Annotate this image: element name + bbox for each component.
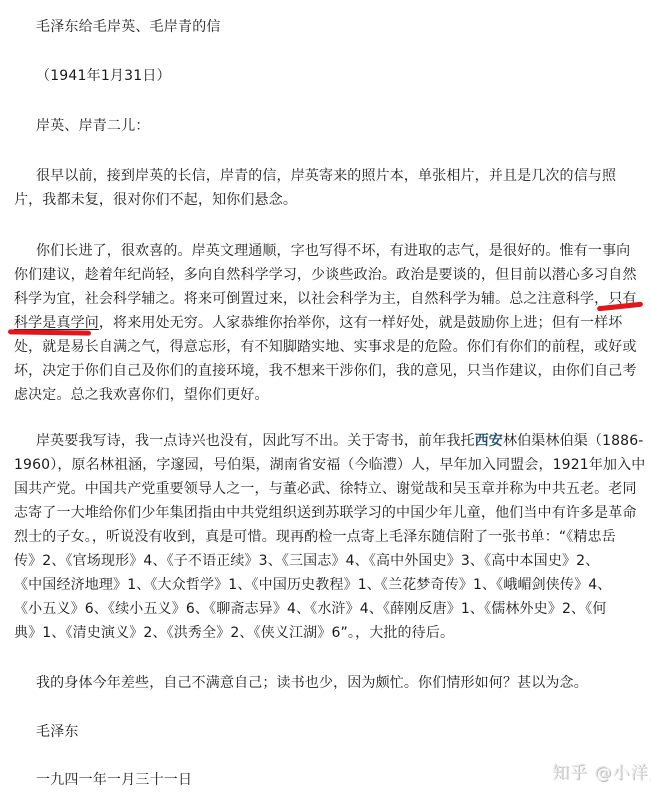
paragraph-line-text: ，将来用处无穷。人家恭维你抬举你，这有一样好处，就是鼓励你上进；但有一样坏 — [99, 315, 623, 331]
paragraph-line: 传》2、《官场现形》4、《子不语正续》3、《三国志》4、《高中外国史》3、《高中… — [14, 551, 644, 571]
paragraph-line: 科学为宜，社会科学辅之。将来可倒置过来，以社会科学为主，自然科学为辅。总之注意科… — [14, 289, 644, 309]
highlighted-keyword-link[interactable]: 西安 — [475, 433, 503, 449]
paragraph-line: 《小五义》6、《续小五义》6、《聊斋志异》4、《水浒》4、《薛刚反唐》1、《儒林… — [14, 599, 644, 619]
paragraph-line: 虑决定。总之我欢喜你们，望你们更好。 — [14, 385, 644, 405]
document-date: （1941年1月31日） — [36, 66, 171, 86]
paragraph-line: 很早以前，接到岸英的长信，岸青的信，岸英寄来的照片本，单张相片，并且是几次的信与… — [36, 166, 644, 186]
paragraph-line: 坏，决定于你们自己及你们的直接环境，我不想来干涉你们，我的意见，只当作建议，由你… — [14, 361, 644, 381]
signature: 毛泽东 — [36, 722, 79, 742]
underlined-phrase-end: 科学是真学问 — [14, 315, 99, 331]
paragraph-line: 科学是真学问，将来用处无穷。人家恭维你抬举你，这有一样好处，就是鼓励你上进；但有… — [14, 313, 644, 333]
paragraph-line-text: 岸英要我写诗，我一点诗兴也没有，因此写不出。关于寄书，前年我托 — [36, 433, 475, 449]
closing-date: 一九四一年一月三十一日 — [36, 770, 192, 790]
paragraph-line: 典》1、《清史演义》2、《洪秀全》2、《侠义江湖》6”。，大批的待后。 — [14, 623, 644, 643]
paragraph-line: 你们长进了，很欢喜的。岸英文理通顺，字也写得不坏，有进取的志气，是很好的。惟有一… — [36, 241, 644, 261]
paragraph-line: 你们建议，趁着年纪尚轻，多向自然科学学习，少谈些政治。政治是要谈的，但目前以潜心… — [14, 265, 644, 285]
salutation: 岸英、岸青二儿： — [36, 116, 150, 136]
paragraph-line-text: 科学为宜，社会科学辅之。将来可倒置过来，以社会科学为主，自然科学为辅。总之注意科… — [14, 291, 608, 307]
document-title: 毛泽东给毛岸英、毛岸青的信 — [36, 17, 221, 37]
paragraph-line: 岸英要我写诗，我一点诗兴也没有，因此写不出。关于寄书，前年我托西安林伯渠林伯渠（… — [36, 431, 644, 451]
paragraph-line: 《中国经济地理》1、《大众哲学》1、《中国历史教程》1、《兰花梦奇传》1、《峨嵋… — [14, 575, 644, 595]
zhihu-watermark: 知乎 @小洋人 — [552, 758, 651, 783]
paragraph-line: 烈士的子女。，听说没有收到，真是可惜。现再酌检一点寄上毛泽东随信附了一张书单：“… — [14, 527, 644, 547]
paragraph-line: 1960），原名林祖涵，字邃园，号伯渠，湖南省安福（今临澧）人，早年加入同盟会，… — [14, 455, 644, 475]
paragraph-line: 我的身体今年差些，自己不满意自己；读书也少，因为颇忙。你们情形如何？甚以为念。 — [36, 673, 644, 693]
paragraph-line: 志寄了一大堆给你们少年集团指由中共党组织送到苏联学习的中国少年儿童，他们当中有许… — [14, 503, 644, 523]
paragraph-line-text: 林伯渠林伯渠（1886- — [503, 433, 643, 449]
red-marker-stroke — [8, 329, 91, 335]
paragraph-line: 片，我都未复，很对你们不起，知你们悬念。 — [14, 190, 644, 210]
paragraph-line: 国共产党。中国共产党重要领导人之一，与董必武、徐特立、谢觉哉和吴玉章并称为中共五… — [14, 479, 644, 499]
paragraph-line: 处，就是易长自满之气，得意忘形，有不知脚踏实地、实事求是的危险。你们有你们的前程… — [14, 337, 644, 357]
